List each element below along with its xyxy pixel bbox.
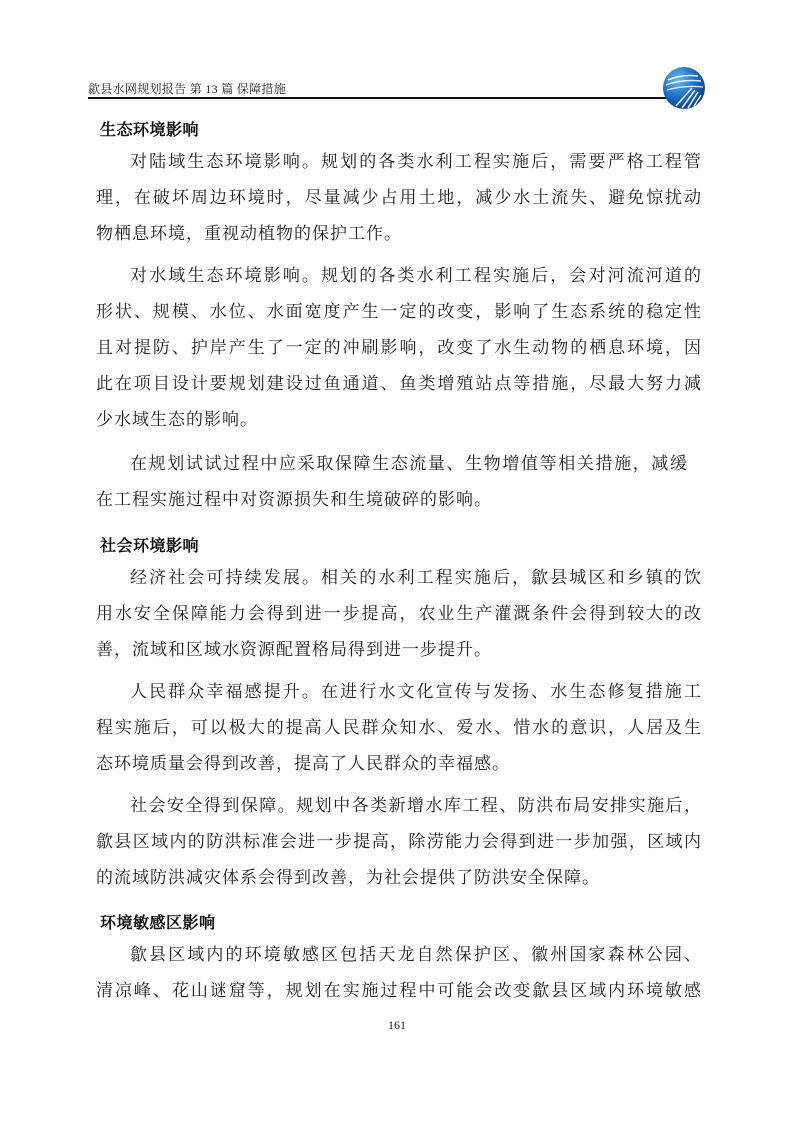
text-line: 理，在破坏周边环境时，尽量减少占用土地，减少水土流失、避免惊扰动	[96, 186, 702, 210]
text-line: 少水域生态的影响。	[96, 408, 258, 432]
section-heading-sensitive-areas: 环境敏感区影响	[100, 910, 216, 933]
header-title: 歙县水网规划报告 第 13 篇 保障措施	[88, 80, 286, 97]
text-line: 善，流域和区域水资源配置格局得到进一步提升。	[96, 638, 492, 662]
text-line: 对陆域生态环境影响。规划的各类水利工程实施后，需要严格工程管	[130, 150, 702, 174]
text-line: 歙县区域内的环境敏感区包括天龙自然保护区、徽州国家森林公园、	[130, 943, 702, 967]
text-line: 形状、规模、水位、水面宽度产生一定的改变，影响了生态系统的稳定性	[96, 300, 702, 324]
section-heading-social: 社会环境影响	[100, 533, 199, 556]
page-number: 161	[0, 1018, 794, 1033]
header-divider	[88, 97, 668, 99]
section-heading-ecological: 生态环境影响	[100, 117, 199, 140]
text-line: 在规划试试过程中应采取保障生态流量、生物增值等相关措施，减缓	[130, 452, 688, 476]
text-line: 物栖息环境，重视动植物的保护工作。	[96, 222, 402, 246]
text-line: 程实施后，可以极大的提高人民群众知水、爱水、惜水的意识，人居及生	[96, 716, 702, 740]
text-line: 用水安全保障能力会得到进一步提高，农业生产灌溉条件会得到较大的改	[96, 602, 702, 626]
text-line: 对水域生态环境影响。规划的各类水利工程实施后，会对河流河道的	[130, 264, 702, 288]
text-line: 清凉峰、花山谜窟等，规划在实施过程中可能会改变歙县区域内环境敏感	[96, 979, 702, 1003]
text-line: 的流域防洪减灾体系会得到改善，为社会提供了防洪安全保障。	[96, 866, 600, 890]
text-line: 且对提防、护岸产生了一定的冲刷影响，改变了水生动物的栖息环境，因	[96, 336, 702, 360]
globe-logo-icon	[662, 66, 706, 110]
text-line: 态环境质量会得到改善，提高了人民群众的幸福感。	[96, 752, 510, 776]
text-line: 歙县区域内的防洪标准会进一步提高，除涝能力会得到进一步加强，区域内	[96, 830, 702, 854]
text-line: 人民群众幸福感提升。在进行水文化宣传与发扬、水生态修复措施工	[130, 680, 702, 704]
text-line: 此在项目设计要规划建设过鱼通道、鱼类增殖站点等措施，尽最大努力减	[96, 372, 702, 396]
text-line: 在工程实施过程中对资源损失和生境破碎的影响。	[96, 488, 492, 512]
text-line: 经济社会可持续发展。相关的水利工程实施后，歙县城区和乡镇的饮	[130, 566, 702, 590]
text-line: 社会安全得到保障。规划中各类新增水库工程、防洪布局安排实施后，	[130, 794, 702, 818]
